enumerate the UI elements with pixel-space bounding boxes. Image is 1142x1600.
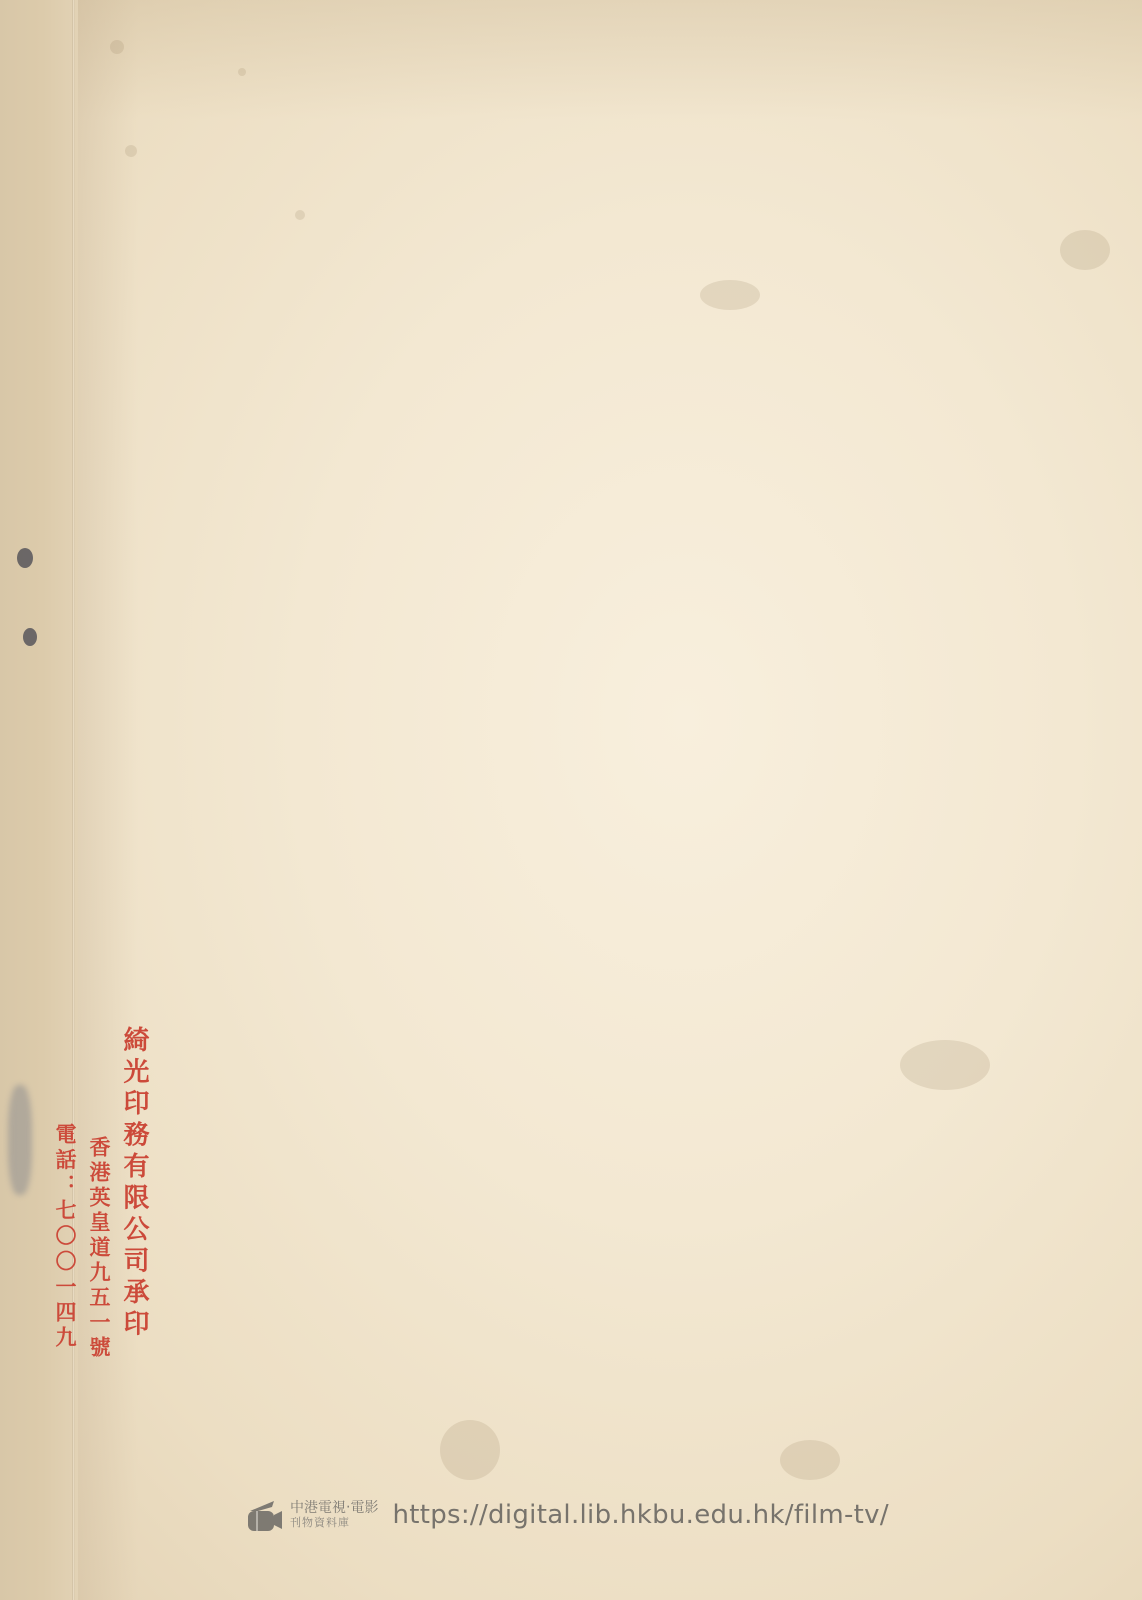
- blue-smudge: [8, 1085, 32, 1195]
- foxing-stain: [238, 68, 246, 76]
- binding-spine: [0, 0, 78, 1600]
- foxing-stain: [900, 1040, 990, 1090]
- library-url-link[interactable]: https://digital.lib.hkbu.edu.hk/film-tv/: [392, 1500, 888, 1530]
- printer-address: 香港英皇道九五一號: [84, 1136, 114, 1361]
- library-name: 中港電視‧電影 刊物資料庫: [290, 1500, 378, 1530]
- foxing-stain: [125, 145, 137, 157]
- printer-phone: 電話：七〇〇一四九: [50, 1123, 80, 1352]
- library-watermark: 中港電視‧電影 刊物資料庫 https://digital.lib.hkbu.e…: [244, 1490, 889, 1540]
- library-name-line1: 中港電視‧電影: [290, 1500, 378, 1516]
- foxing-stain: [780, 1440, 840, 1480]
- aged-paper-page: 綺光印務有限公司承印 香港英皇道九五一號 電話：七〇〇一四九 中港電視‧電影 刊…: [0, 0, 1142, 1600]
- ink-spot: [23, 628, 37, 646]
- foxing-stain: [295, 210, 305, 220]
- printer-company-name: 綺光印務有限公司承印: [116, 1026, 153, 1341]
- foxing-stain: [700, 280, 760, 310]
- foxing-stain: [1060, 230, 1110, 270]
- film-camera-icon: [244, 1495, 284, 1535]
- foxing-stain: [110, 40, 124, 54]
- library-name-line2: 刊物資料庫: [290, 1516, 378, 1530]
- foxing-stain: [440, 1420, 500, 1480]
- ink-spot: [17, 548, 33, 568]
- top-edge-shading: [0, 0, 1142, 120]
- spine-fold-line: [72, 0, 75, 1600]
